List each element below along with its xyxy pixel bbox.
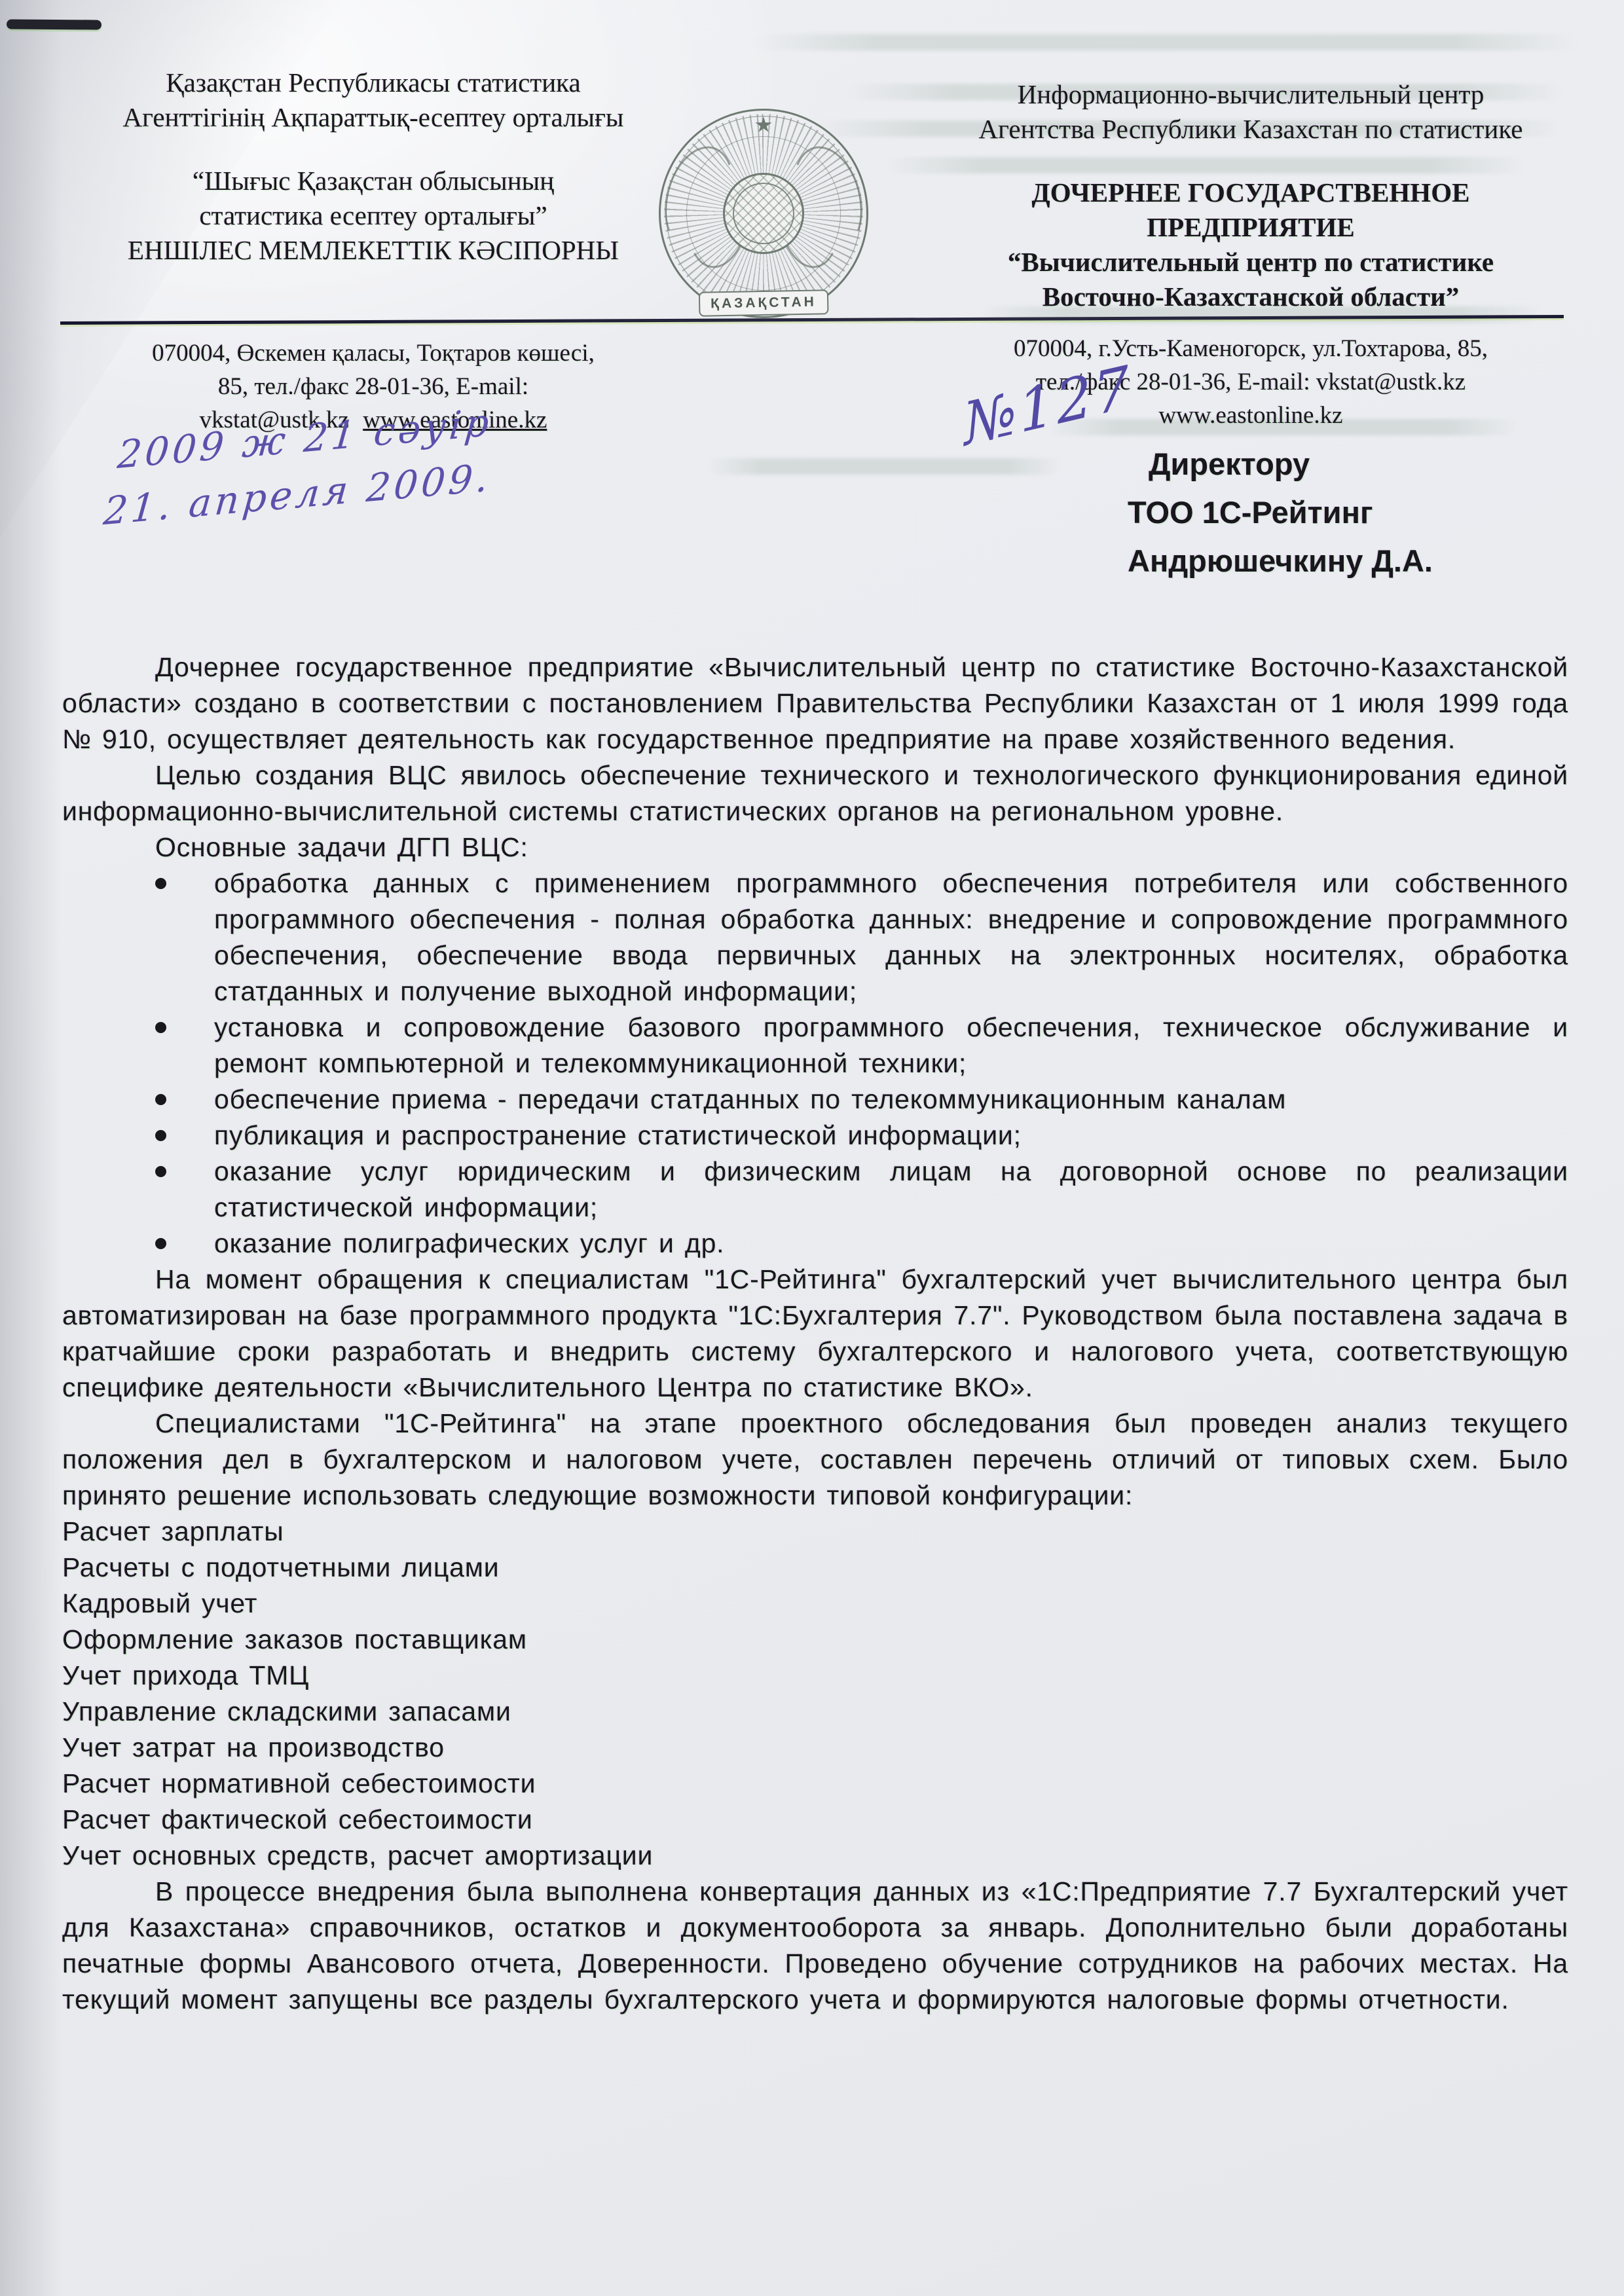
task-item: оказание полиграфических услуг и др. [214,1226,1568,1262]
addressee-person: Андрюшечкину Д.А. [1128,537,1433,585]
tasks-bullet-list: обработка данных с применением программн… [62,866,1568,1262]
addressee-company: ТОО 1С-Рейтинг [1128,488,1433,537]
feature-item: Расчет фактической себестоимости [62,1802,1568,1838]
address-ru-line: 070004, г.Усть-Каменогорск, ул.Тохтарова… [933,332,1568,365]
org-name-ru-line: Агентства Республики Казахстан по статис… [933,112,1568,147]
configuration-features-list: Расчет зарплаты Расчеты с подотчетными л… [62,1514,1568,1874]
task-item: публикация и распространение статистичес… [214,1118,1568,1154]
task-item: оказание услуг юридическим и физическим … [214,1154,1568,1226]
bleedthrough-streak [753,34,1578,50]
paragraph-automation-task: На момент обращения к специалистам "1С-Р… [62,1262,1568,1406]
feature-item: Учет прихода ТМЦ [62,1658,1568,1694]
addressee-position: Директору [1128,440,1433,488]
feature-item: Кадровый учет [62,1586,1568,1622]
org-quoted-ru-line: “Вычислительный центр по статистике [933,245,1568,280]
org-type-kk: ЕНШІЛЕС МЕМЛЕКЕТТІК КӘСІПОРНЫ [82,233,665,268]
org-name-kk-line: Агенттігінің Ақпараттық-есептеу орталығы [82,100,665,135]
emblem-banner: ҚАЗАҚСТАН [699,289,828,316]
task-item: установка и сопровождение базового прогр… [214,1010,1568,1082]
org-type-ru-line: ПРЕДПРИЯТИЕ [933,210,1568,245]
org-name-kk-line: Қазақстан Республикасы статистика [82,65,665,100]
feature-item: Оформление заказов поставщикам [62,1622,1568,1658]
feature-item: Управление складскими запасами [62,1694,1568,1730]
org-quoted-ru-line: Восточно-Казахстанской области” [933,280,1568,314]
org-name-ru-line: Информационно-вычислительный центр [933,77,1568,112]
paragraph-implementation-results: В процессе внедрения была выполнена конв… [62,1874,1568,2018]
paragraph-purpose: Целью создания ВЦС явилось обеспечение т… [62,757,1568,829]
paragraph-analysis: Специалистами "1С-Рейтинга" на этапе про… [62,1406,1568,1514]
addressee-block: Директору ТОО 1С-Рейтинг Андрюшечкину Д.… [1128,440,1433,585]
org-quoted-kk-line: “Шығыс Қазақстан облысының [82,164,665,198]
org-quoted-kk-line: статистика есептеу орталығы” [82,198,665,233]
feature-item: Расчеты с подотчетными лицами [62,1550,1568,1586]
letterhead-right: Информационно-вычислительный центр Агент… [933,77,1568,314]
letterhead-left: Қазақстан Республикасы статистика Агентт… [82,65,665,268]
task-item: обработка данных с применением программн… [214,866,1568,1010]
letter-body: Дочернее государственное предприятие «Вы… [62,649,1568,2018]
feature-item: Расчет зарплаты [62,1514,1568,1550]
kazakhstan-coat-of-arms-icon: ҚАЗАҚСТАН [659,109,868,318]
bleedthrough-streak [707,458,1061,475]
staple-scan-artifact [7,19,101,29]
feature-item: Учет основных средств, расчет амортизаци… [62,1838,1568,1874]
scanned-letter-page: Қазақстан Республикасы статистика Агентт… [0,0,1624,2296]
task-item: обеспечение приема - передачи статданных… [214,1082,1568,1118]
address-kk-line: 85, тел./факс 28-01-36, E-mail: [82,370,665,403]
feature-item: Учет затрат на производство [62,1730,1568,1766]
emblem-shanyrak [723,173,804,254]
address-kk-line: 070004, Өскемен қаласы, Тоқтаров көшесі, [82,337,665,370]
org-type-ru-line: ДОЧЕРНЕЕ ГОСУДАРСТВЕННОЕ [933,175,1568,210]
paragraph-enterprise-founding: Дочернее государственное предприятие «Вы… [62,649,1568,757]
paragraph-tasks-intro: Основные задачи ДГП ВЦС: [62,829,1568,866]
feature-item: Расчет нормативной себестоимости [62,1766,1568,1802]
